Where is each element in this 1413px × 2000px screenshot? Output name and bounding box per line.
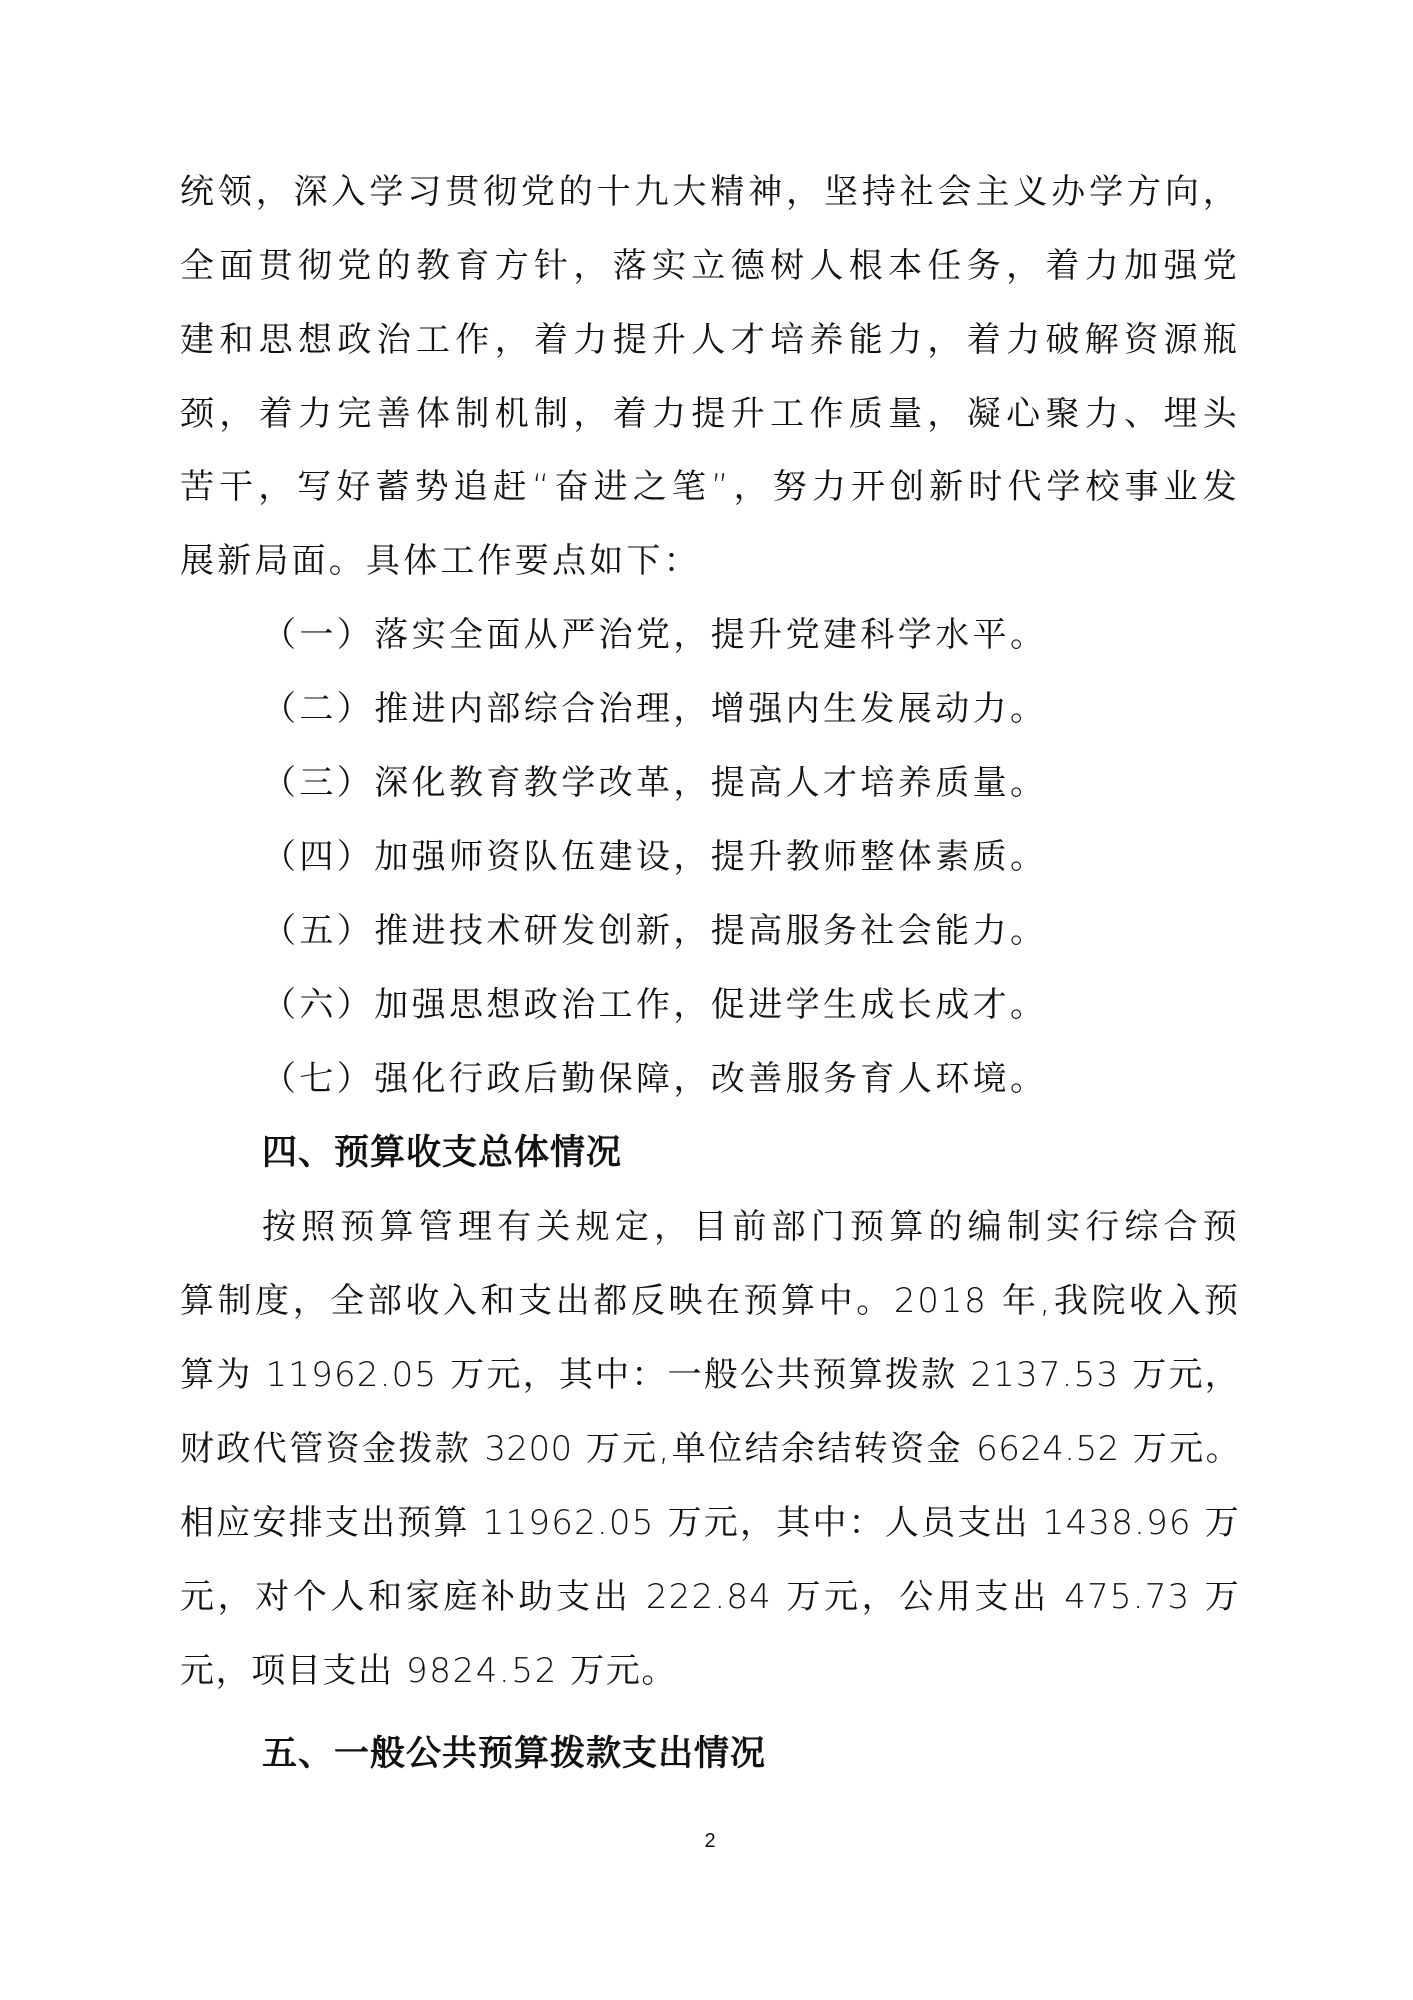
work-point-item: （五）推进技术研发创新，提高服务社会能力。 xyxy=(262,911,1047,951)
section-heading: 四、预算收支总体情况 xyxy=(262,1133,622,1173)
document-page: 统领，深入学习贯彻党的十九大精神，坚持社会主义办学方向， 全面贯彻党的教育方针，… xyxy=(0,0,1413,2000)
work-point-item: （一）落实全面从严治党，提升党建科学水平。 xyxy=(262,615,1047,655)
work-point-item: （四）加强师资队伍建设，提升教师整体素质。 xyxy=(262,837,1047,877)
page-number: 2 xyxy=(700,1830,720,1853)
work-point-item: （六）加强思想政治工作，促进学生成长成才。 xyxy=(262,985,1047,1025)
paragraph-line: 相应安排支出预算 11962.05 万元，其中：人员支出 1438.96 万 xyxy=(180,1503,1240,1543)
paragraph-line: 财政代管资金拨款 3200 万元,单位结余结转资金 6624.52 万元。 xyxy=(180,1429,1240,1469)
paragraph-line: 算为 11962.05 万元，其中：一般公共预算拨款 2137.53 万元， xyxy=(180,1355,1240,1395)
paragraph-line: 算制度，全部收入和支出都反映在预算中。2018 年,我院收入预 xyxy=(180,1281,1240,1321)
paragraph-line: 按照预算管理有关规定，目前部门预算的编制实行综合预 xyxy=(262,1207,1240,1247)
work-point-item: （三）深化教育教学改革，提高人才培养质量。 xyxy=(262,763,1047,803)
work-point-item: （七）强化行政后勤保障，改善服务育人环境。 xyxy=(262,1059,1047,1099)
paragraph-line: 元，项目支出 9824.52 万元。 xyxy=(180,1651,1240,1691)
paragraph-line: 展新局面。具体工作要点如下： xyxy=(180,541,1240,581)
paragraph-line: 全面贯彻党的教育方针，落实立德树人根本任务，着力加强党 xyxy=(180,246,1240,286)
paragraph-line: 统领，深入学习贯彻党的十九大精神，坚持社会主义办学方向， xyxy=(180,172,1240,212)
paragraph-line: 颈，着力完善体制机制，着力提升工作质量，凝心聚力、埋头 xyxy=(180,394,1240,434)
work-point-item: （二）推进内部综合治理，增强内生发展动力。 xyxy=(262,689,1047,729)
paragraph-line: 苦干，写好蓄势追赶“奋进之笔”，努力开创新时代学校事业发 xyxy=(180,467,1240,507)
paragraph-line: 元，对个人和家庭补助支出 222.84 万元，公用支出 475.73 万 xyxy=(180,1577,1240,1617)
paragraph-line: 建和思想政治工作，着力提升人才培养能力，着力破解资源瓶 xyxy=(180,320,1240,360)
section-heading: 五、一般公共预算拨款支出情况 xyxy=(262,1734,766,1774)
